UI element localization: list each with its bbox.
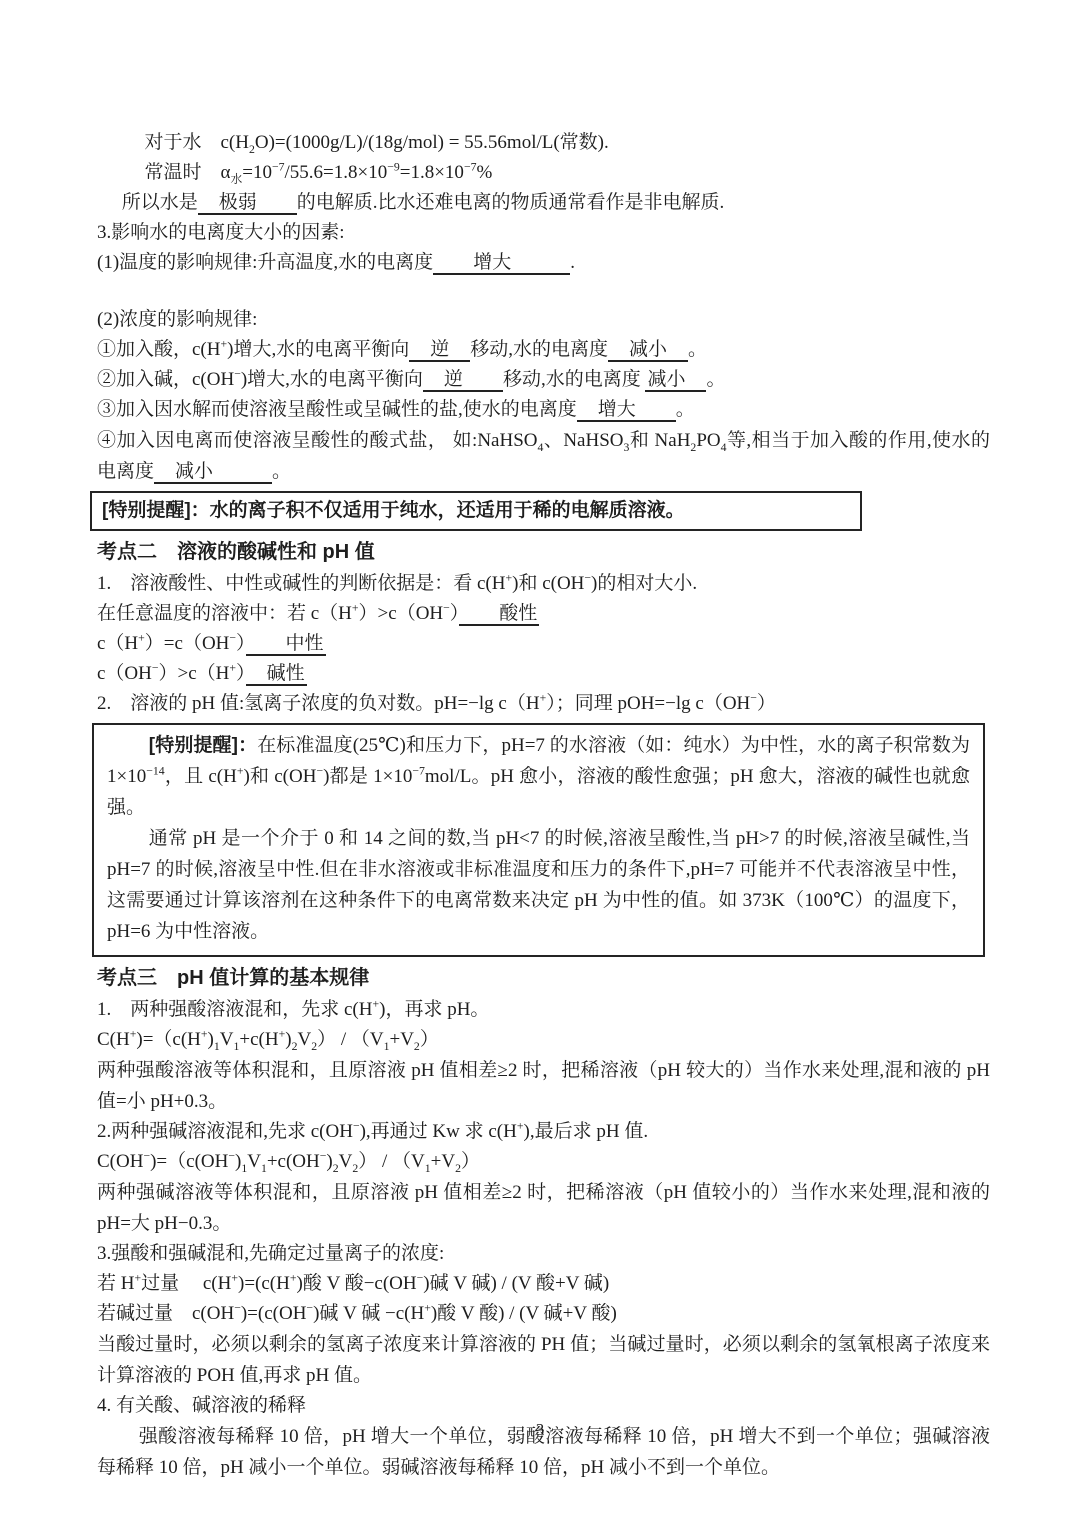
text-line: (2)浓度的影响规律:: [97, 305, 990, 335]
subscript: 2: [455, 1162, 461, 1175]
superscript: +: [220, 338, 227, 351]
superscript: −: [443, 602, 450, 615]
superscript: +: [231, 1272, 238, 1285]
superscript: −: [320, 1150, 327, 1163]
subscript: 2: [311, 1040, 317, 1053]
superscript: −: [417, 1272, 424, 1285]
section-heading: 考点二 溶液的酸碱性和 pH 值: [97, 536, 990, 569]
superscript: +: [517, 1120, 524, 1133]
superscript: −7: [412, 765, 425, 778]
blank-answer: 极弱: [198, 192, 297, 215]
subscript: 1: [241, 1162, 247, 1175]
superscript: −: [750, 692, 757, 705]
text-line: 两种强酸溶液等体积混和，且原溶液 pH 值相差≥2 时，把稀溶液（pH 较大的）…: [97, 1055, 990, 1117]
superscript: −: [228, 1150, 235, 1163]
superscript: +: [134, 1272, 141, 1285]
superscript: +: [424, 1302, 431, 1315]
superscript: +: [372, 998, 379, 1011]
blank-answer: 减小: [608, 339, 688, 362]
subscript: 4: [538, 441, 544, 454]
superscript: −: [234, 1302, 241, 1315]
text-line: ④加入因电离而使溶液呈酸性的酸式盐， 如:NaHSO4、NaHSO3和 NaH2…: [97, 425, 990, 487]
superscript: −14: [146, 765, 164, 778]
superscript: −: [229, 632, 236, 645]
subscript: 2: [414, 1040, 420, 1053]
subscript: 2: [333, 1162, 339, 1175]
superscript: −: [143, 1150, 150, 1163]
blank-answer: 减小: [645, 369, 706, 392]
superscript: +: [138, 632, 145, 645]
superscript: −7: [272, 161, 285, 174]
superscript: +: [505, 572, 512, 585]
superscript: −7: [464, 161, 477, 174]
subscript: 1: [261, 1162, 267, 1175]
text-line: 在任意温度的溶液中：若 c（H+）>c（OH−） 酸性: [97, 599, 990, 629]
text-line: 常温时 α水=10−7/55.6=1.8×10−9=1.8×10−7%: [97, 158, 990, 188]
text-line: 3.影响水的电离度大小的因素:: [97, 218, 990, 248]
superscript: +: [540, 692, 547, 705]
subscript: 水: [230, 173, 242, 186]
superscript: +: [279, 1028, 286, 1041]
superscript: −: [306, 1302, 313, 1315]
text-line: ①加入酸，c(H+)增大,水的电离平衡向 逆 移动,水的电离度 减小 。: [97, 335, 990, 365]
blank-answer: 中性: [246, 633, 326, 656]
superscript: −: [353, 1120, 360, 1133]
text-line: 2. 溶液的 pH 值:氢离子浓度的负对数。pH=−lg c（H+）；同理 pO…: [97, 689, 990, 719]
special-reminder-box-1: [特别提醒]：水的离子积不仅适用于纯水，还适用于稀的电解质溶液。: [90, 491, 862, 531]
text-line: ③加入因水解而使溶液呈酸性或呈碱性的盐,使水的电离度 增大 。: [97, 395, 990, 425]
subscript: 2: [690, 441, 696, 454]
text-line: 1. 溶液酸性、中性或碱性的判断依据是：看 c(H+)和 c(OH−)的相对大小…: [97, 569, 990, 599]
text-line: 通常 pH 是一个介于 0 和 14 之间的数,当 pH<7 的时候,溶液呈酸性…: [107, 823, 970, 947]
text-line: 所以水是 极弱 的电解质.比水还难电离的物质通常看作是非电解质.: [97, 188, 990, 218]
superscript: +: [229, 662, 236, 675]
document-content: 对于水 c(H2O)=(1000g/L)/(18g/mol) = 55.56mo…: [97, 128, 990, 1483]
text-line: 3.强酸和强碱混和,先确定过量离子的浓度:: [97, 1239, 990, 1269]
subscript: 1: [384, 1040, 390, 1053]
superscript: +: [237, 765, 244, 778]
blank-answer: 增大: [577, 399, 676, 422]
superscript: −9: [387, 161, 400, 174]
subscript: 2: [352, 1162, 358, 1175]
superscript: +: [352, 602, 359, 615]
text-line: 4. 有关酸、碱溶液的稀释: [97, 1391, 990, 1421]
blank-answer: 逆: [423, 369, 503, 392]
subscript: 1: [425, 1162, 431, 1175]
bold-text: [特别提醒]：: [149, 735, 257, 756]
superscript: −: [316, 765, 323, 778]
text-line: 2.两种强碱溶液混和,先求 c(OH−),再通过 Kw 求 c(H+),最后求 …: [97, 1117, 990, 1147]
text-line: (1)温度的影响规律:升高温度,水的电离度 增大 .: [97, 248, 990, 278]
text-line: [特别提醒]：水的离子积不仅适用于纯水，还适用于稀的电解质溶液。: [102, 496, 850, 526]
text-line: ②加入碱，c(OH−)增大,水的电离平衡向 逆 移动,水的电离度 减小 。: [97, 365, 990, 395]
text-line: C(H+)=（c(H+)1V1+c(H+)2V2） / （V1+V2）: [97, 1025, 990, 1055]
text-line: c（OH−）>c（H+） 碱性: [97, 659, 990, 689]
subscript: 3: [624, 441, 630, 454]
text-line: 若碱过量 c(OH−)=(c(OH−)碱 V 碱 −c(H+)酸 V 酸) / …: [97, 1299, 990, 1329]
document-page: 对于水 c(H2O)=(1000g/L)/(18g/mol) = 55.56mo…: [0, 0, 1080, 1527]
subscript: 1: [234, 1040, 240, 1053]
superscript: +: [130, 1028, 137, 1041]
spacer: [97, 278, 990, 305]
superscript: +: [290, 1272, 297, 1285]
subscript: 2: [249, 143, 255, 156]
blank-answer: 增大: [433, 252, 570, 275]
blank-answer: 碱性: [246, 663, 307, 686]
text-line: 若 H+过量 c(H+)=(c(H+)酸 V 酸−c(OH−)碱 V 碱) / …: [97, 1269, 990, 1299]
blank-answer: 减小: [154, 461, 272, 484]
text-line: 两种强碱溶液等体积混和，且原溶液 pH 值相差≥2 时，把稀溶液（pH 值较小的…: [97, 1177, 990, 1239]
special-reminder-box-2: [特别提醒]：在标准温度(25℃)和压力下，pH=7 的水溶液（如：纯水）为中性…: [92, 723, 985, 957]
superscript: −: [152, 662, 159, 675]
blank-answer: 逆: [409, 339, 470, 362]
subscript: 1: [214, 1040, 220, 1053]
subscript: 4: [721, 441, 727, 454]
text-line: 1. 两种强酸溶液混和，先求 c(H+)，再求 pH。: [97, 995, 990, 1025]
superscript: −: [234, 368, 241, 381]
blank-answer: 酸性: [459, 603, 539, 626]
subscript: 2: [292, 1040, 298, 1053]
text-line: 当酸过量时，必须以剩余的氢离子浓度来计算溶液的 PH 值；当碱过量时，必须以剩余…: [97, 1329, 990, 1391]
text-line: C(OH−)=（c(OH−)1V1+c(OH−)2V2） / （V1+V2）: [97, 1147, 990, 1177]
page-number: 3: [0, 1420, 1080, 1440]
superscript: −: [584, 572, 591, 585]
text-line: 对于水 c(H2O)=(1000g/L)/(18g/mol) = 55.56mo…: [97, 128, 990, 158]
text-line: c（H+）=c（OH−） 中性: [97, 629, 990, 659]
text-line: [特别提醒]：在标准温度(25℃)和压力下，pH=7 的水溶液（如：纯水）为中性…: [107, 730, 970, 823]
section-heading: 考点三 pH 值计算的基本规律: [97, 962, 990, 995]
superscript: +: [201, 1028, 208, 1041]
